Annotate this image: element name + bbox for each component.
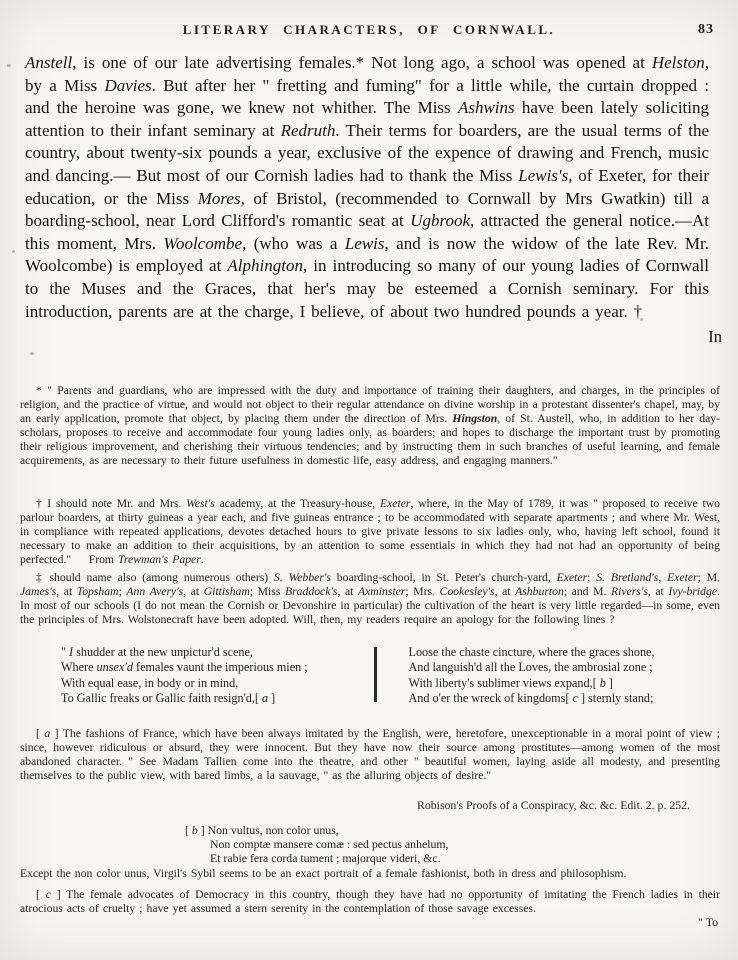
verse-line: With equal ease, in body or in mind, (61, 676, 374, 691)
footnote-double-dagger: ‡ should name also (among numerous other… (20, 571, 720, 627)
scan-speck (640, 318, 643, 321)
verse-line: And o'er the wreck of kingdoms[ c ] ster… (409, 691, 655, 706)
footnote-b-line: Non comptæ mansere comæ : sed pectus anh… (210, 838, 449, 852)
catchword-in: In (708, 327, 722, 347)
footnote-asterisk: * " Parents and guardians, who are impre… (20, 384, 720, 468)
footnote-b-closing: Except the non color unus, Virgil's Sybi… (20, 867, 726, 881)
footnote-a: [ a ] The fashions of France, which have… (20, 727, 720, 783)
verse-line: " I shudder at the new unpictur'd scene, (61, 645, 374, 660)
footnote-dagger: † I should note Mr. and Mrs. West's acad… (20, 497, 720, 567)
footnote-b: [ b ] Non vultus, non color unus, Non co… (185, 824, 449, 865)
verse-line: And languish'd all the Loves, the ambros… (409, 660, 655, 675)
scan-speck (30, 352, 34, 355)
verse-line: To Gallic freaks or Gallic faith resign'… (61, 691, 374, 706)
scan-speck (12, 250, 15, 253)
verse-line: With liberty's sublimer views expand,[ b… (409, 676, 655, 691)
catchword-to: " To (698, 915, 718, 930)
footnote-c: [ c ] The female advocates of Democracy … (20, 888, 720, 916)
verse-left-column: " I shudder at the new unpictur'd scene,… (55, 645, 374, 706)
page-number: 83 (698, 22, 714, 38)
main-paragraph: Anstell, is one of our late advertising … (25, 52, 709, 323)
verse-right-column: Loose the chaste cincture, where the gra… (377, 645, 655, 706)
verse-line: Where unsex'd females vaunt the imperiou… (61, 660, 374, 675)
footnote-b-line: Et rabie fera corda tument ; majorque vi… (210, 852, 449, 866)
footnote-a-attribution: Robison's Proofs of a Conspiracy, &c. &c… (0, 798, 690, 813)
verse-line: Loose the chaste cincture, where the gra… (409, 645, 655, 660)
verse-quotation: " I shudder at the new unpictur'd scene,… (55, 645, 720, 706)
book-page: LITERARY CHARACTERS, OF CORNWALL. 83 Ans… (0, 0, 738, 960)
scan-speck (7, 64, 11, 67)
footnote-b-line: [ b ] Non vultus, non color unus, (185, 824, 449, 838)
running-head-title: LITERARY CHARACTERS, OF CORNWALL. (0, 22, 738, 38)
scan-speck (434, 700, 437, 703)
